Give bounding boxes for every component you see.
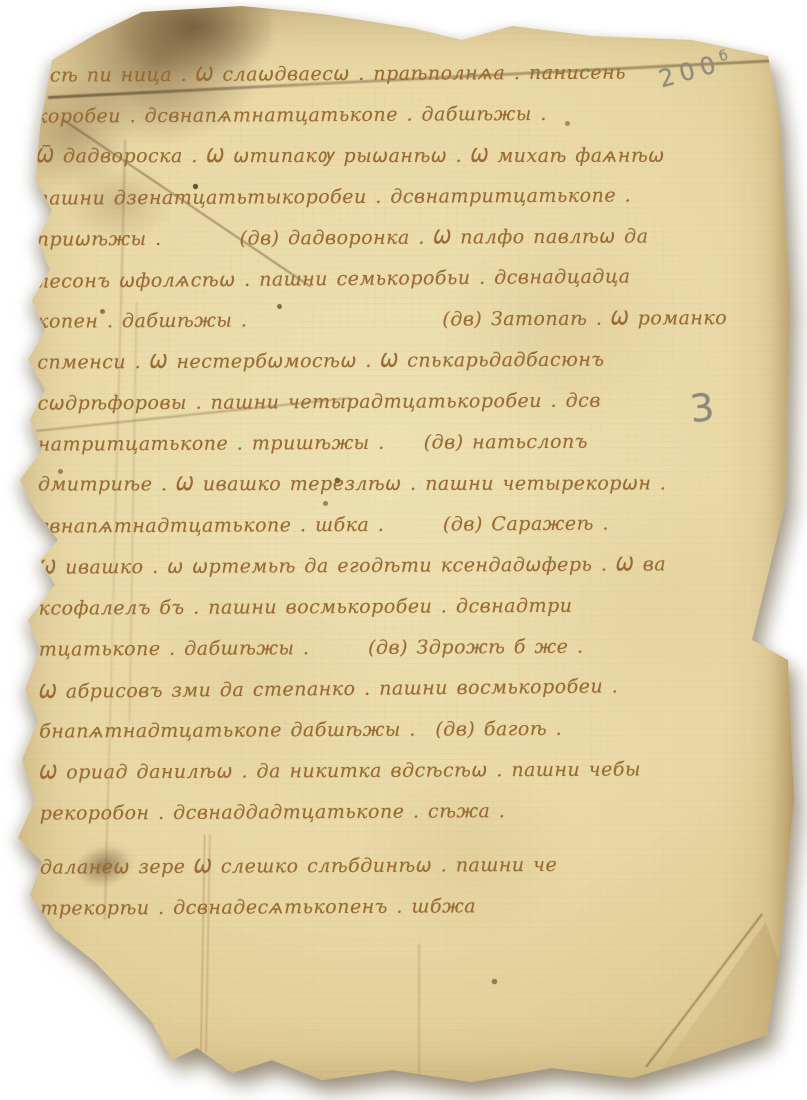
pencil-folio-number: 200: [656, 49, 725, 94]
manuscript-line: тцатькопе . дабшѣжы . (дв) Здрожѣ б же .: [39, 626, 655, 670]
ink-specks: [6, 2, 9, 5]
manuscript-line: спменси . Ѡ нестербѡмосѣѡ . Ѡ спькарьдад…: [37, 339, 653, 383]
manuscript-line: лесонъ ѡфолѧсѣѡ . пашни семькоробьи . дс…: [37, 256, 653, 302]
manuscript-line: приѡѣжы . (дв) дадворонка . Ѡ палфо павл…: [37, 216, 653, 260]
manuscript-line: копен . дабшѣжы . (дв) Затопаѣ . Ѡ роман…: [37, 298, 653, 342]
manuscript-line: Ѡ ориад данилѣѡ . да никитка вдсѣсѣѡ . п…: [39, 749, 655, 793]
pencil-folio-annotation: 200б: [656, 47, 733, 94]
manuscript-line: бнапѧтнадтцатькопе дабшѣжы . (дв) багоѣ …: [39, 708, 655, 752]
manuscript-line: свнапѧтнадтцатькопе . шбка . (дв) Сараже…: [38, 503, 654, 547]
manuscript-line: Ѡ абрисовъ зми да степанко . пашни восмь…: [39, 666, 655, 713]
manuscript-line: Ѡ ивашко . ѡ ѡртемьѣ да егодѣти ксендадѡ…: [38, 544, 654, 588]
manuscript-page-shadow-wrapper: сѣ пи ница . Ѡ слаѡдваесѡ . праѣполнѧа .…: [6, 2, 800, 1096]
manuscript-text-block: сѣ пи ница . Ѡ слаѡдваесѡ . праѣполнѧа .…: [36, 52, 657, 929]
manuscript-page: сѣ пи ница . Ѡ слаѡдваесѡ . праѣполнѧа .…: [6, 2, 800, 1096]
manuscript-line: рекоробон . дсвнаддадтцатькопе . сѣжа .: [40, 790, 656, 834]
manuscript-line: сѡдрѣфоровы . пашни четырадтцатькоробеи …: [37, 380, 653, 424]
manuscript-line: коробеи . дсвнапѧтнатцатькопе . дабшѣжы …: [36, 93, 652, 137]
crease-bottom-middle: [418, 944, 420, 1082]
pencil-page-number: 3: [688, 385, 717, 431]
right-edge-darkening: [770, 38, 800, 1082]
manuscript-line: дмитриѣе . Ѡ ивашко терезлѣѡ . пашни чет…: [38, 463, 654, 505]
manuscript-line: даланеѡ зере Ѡ слешко слѣбдинѣѡ . пашни …: [40, 844, 656, 888]
manuscript-line: пашни дзенатцатьтыкоробеи . дсвнатритцат…: [36, 175, 652, 219]
manuscript-line: ксофалелъ бъ . пашни восмькоробеи . дсвн…: [39, 585, 655, 629]
manuscript-line: трекорѣи . дсвнадесѧтькопенъ . шбжа: [40, 885, 656, 929]
manuscript-line: Ѿ дадвороска . Ѡ ѡтипакѹ рыѡанѣѡ . Ѡ мих…: [36, 136, 652, 178]
manuscript-line: сѣ пи ница . Ѡ слаѡдваесѡ . праѣполнѧа .…: [36, 52, 652, 96]
manuscript-line: натритцатькопе . тришѣжы . (дв) натьслоп…: [38, 421, 654, 465]
